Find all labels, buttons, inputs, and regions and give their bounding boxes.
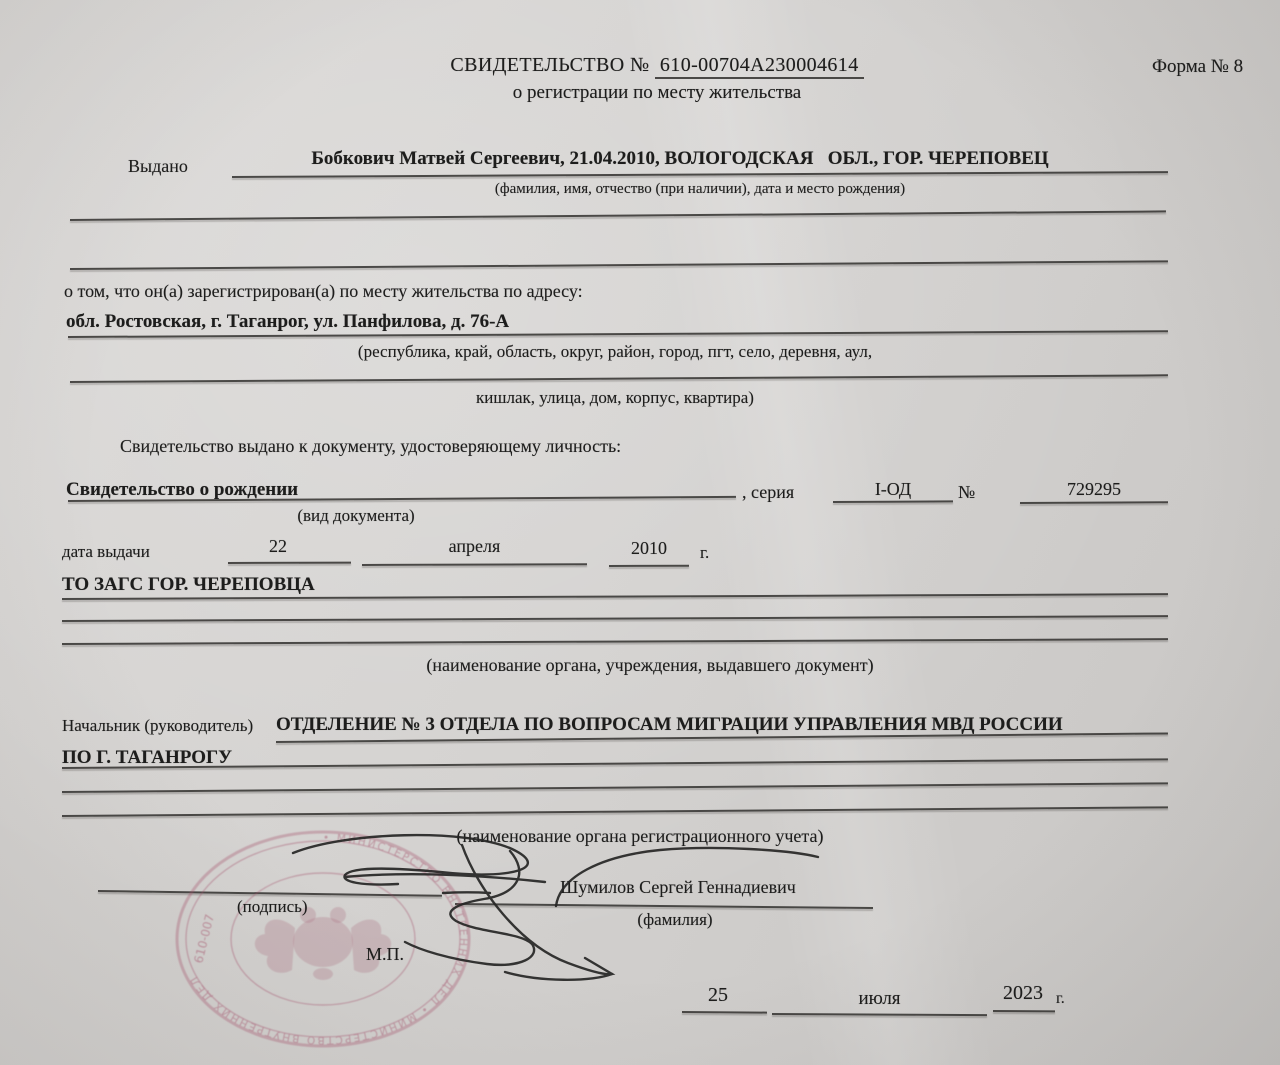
title-prefix: СВИДЕТЕЛЬСТВО № — [450, 54, 649, 76]
official-name-underline — [455, 903, 873, 909]
registration-org-line2: ПО Г. ТАГАНРОГУ — [62, 747, 232, 769]
registration-certificate-photo: • МИНИСТЕРСТВО ВНУТРЕННИХ ДЕЛ • МИНИСТЕР… — [0, 0, 1280, 1065]
issue-day: 22 — [228, 536, 328, 557]
blank-rule-1 — [70, 210, 1166, 221]
series-label: , серия — [742, 482, 794, 503]
issue-year-suffix: г. — [700, 543, 709, 563]
issue-month: апреля — [362, 536, 587, 557]
signature-caption: (подпись) — [237, 897, 308, 917]
issue-month-underline — [362, 563, 587, 566]
issued-on-day: 25 — [678, 984, 758, 1007]
issuing-authority: ТО ЗАГС ГОР. ЧЕРЕПОВЦА — [62, 574, 315, 596]
identity-doc-intro: Свидетельство выдано к документу, удосто… — [120, 436, 621, 457]
official-name: Шумилов Сергей Геннадиевич — [478, 877, 878, 898]
blank-rule-2 — [70, 260, 1168, 270]
issued-label: Выдано — [128, 156, 188, 177]
registration-org-line1: ОТДЕЛЕНИЕ № 3 ОТДЕЛА ПО ВОПРОСАМ МИГРАЦИ… — [276, 714, 1063, 736]
issued-on-month-underline — [772, 1013, 987, 1016]
issued-on-year-suffix: г. — [1056, 990, 1065, 1008]
stamp-code: 610-007 — [191, 913, 217, 965]
series-underline — [833, 500, 953, 503]
form-number-label: Форма № 8 — [1152, 56, 1243, 78]
issue-year: 2010 — [609, 538, 689, 559]
identity-doc-type: Свидетельство о рождении — [66, 479, 298, 501]
seal-place-mark: М.П. — [366, 944, 404, 965]
certificate-number: 610-00704А230004614 — [655, 54, 864, 79]
blank-rule-6 — [62, 782, 1168, 793]
issued-on-year: 2023 — [993, 982, 1053, 1005]
registration-statement: о том, что он(а) зарегистрирован(а) по м… — [64, 281, 583, 302]
issue-year-underline — [609, 565, 689, 567]
number-sign: № — [958, 482, 975, 503]
registration-address: обл. Ростовская, г. Таганрог, ул. Панфил… — [66, 311, 509, 333]
document-subtitle: о регистрации по месту жительства — [327, 82, 987, 104]
issued-caption: (фамилия, имя, отчество (при наличии), д… — [240, 181, 1160, 198]
issued-underline — [232, 171, 1168, 178]
issued-on-day-underline — [682, 1011, 767, 1014]
series-value: I-ОД — [833, 479, 953, 500]
official-name-caption: (фамилия) — [560, 910, 790, 930]
issue-day-underline — [228, 562, 351, 564]
round-official-stamp: • МИНИСТЕРСТВО ВНУТРЕННИХ ДЕЛ • МИНИСТЕР… — [168, 814, 478, 1058]
address-caption-line1: (республика, край, область, округ, район… — [160, 342, 1070, 362]
blank-rule-3 — [70, 374, 1168, 383]
document-title: СВИДЕТЕЛЬСТВО № 610-00704А230004614 — [327, 54, 987, 77]
doc-type-caption: (вид документа) — [256, 506, 456, 526]
issued-value: Бобкович Матвей Сергеевич, 21.04.2010, В… — [240, 148, 1120, 170]
authority-caption: (наименование органа, учреждения, выдавш… — [120, 655, 1180, 676]
doc-number-value: 729295 — [1020, 479, 1168, 500]
blank-rule-4 — [62, 615, 1168, 622]
doc-number-underline — [1020, 501, 1168, 504]
blank-rule-5 — [62, 638, 1168, 645]
registration-org-caption: (наименование органа регистрационного уч… — [120, 826, 1160, 847]
issued-on-month: июля — [772, 988, 987, 1010]
issued-on-year-underline — [993, 1010, 1055, 1012]
head-official-label: Начальник (руководитель) — [62, 716, 253, 736]
address-caption-line2: кишлак, улица, дом, корпус, квартира) — [160, 388, 1070, 408]
issue-date-label: дата выдачи — [62, 542, 150, 562]
